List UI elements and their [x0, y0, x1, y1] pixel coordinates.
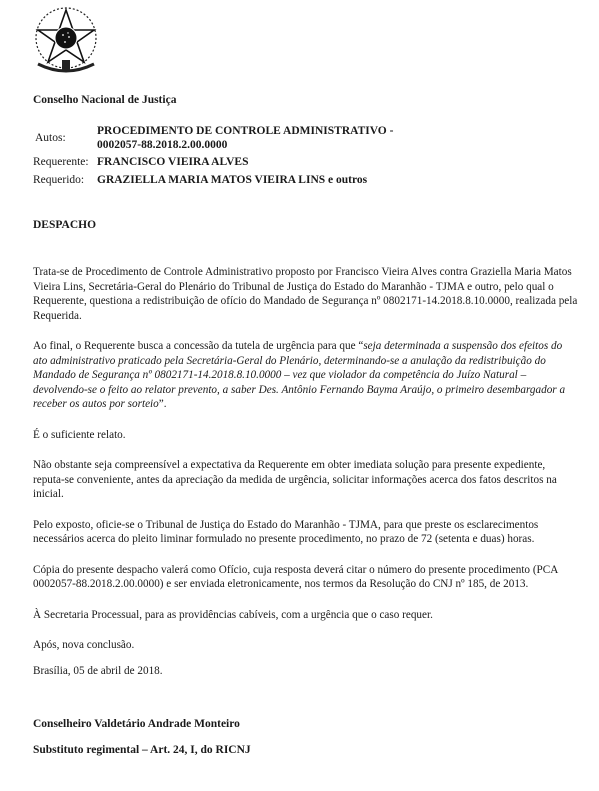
requerido-value: GRAZIELLA MARIA MATOS VIEIRA LINS e outr… [97, 173, 367, 187]
coat-of-arms-icon [30, 4, 102, 78]
case-info: Autos: PROCEDIMENTO DE CONTROLE ADMINIST… [33, 124, 393, 187]
paragraph-2-intro: Ao final, o Requerente busca a concessão… [33, 340, 363, 352]
autos-row: Autos: PROCEDIMENTO DE CONTROLE ADMINIST… [33, 124, 393, 152]
document-body: Trata-se de Procedimento de Controle Adm… [33, 265, 578, 694]
requerente-row: Requerente: FRANCISCO VIEIRA ALVES [33, 155, 393, 169]
signatory-role: Substituto regimental – Art. 24, I, do R… [33, 744, 251, 756]
requerente-label: Requerente: [33, 155, 97, 169]
paragraph-1: Trata-se de Procedimento de Controle Adm… [33, 265, 578, 323]
paragraph-2-end: ”. [159, 398, 167, 410]
date-place: Brasília, 05 de abril de 2018. [33, 664, 578, 679]
paragraph-3: É o suficiente relato. [33, 428, 578, 443]
paragraph-7: À Secretaria Processual, para as providê… [33, 608, 578, 623]
paragraph-2: Ao final, o Requerente busca a concessão… [33, 339, 578, 412]
requerente-value: FRANCISCO VIEIRA ALVES [97, 155, 248, 169]
autos-line-2: 0002057-88.2018.2.00.0000 [97, 138, 393, 152]
signatory-name: Conselheiro Valdetário Andrade Monteiro [33, 718, 240, 730]
autos-line-1: PROCEDIMENTO DE CONTROLE ADMINISTRATIVO … [97, 124, 393, 138]
paragraph-8: Após, nova conclusão. [33, 638, 578, 653]
organization-name: Conselho Nacional de Justiça [33, 94, 176, 106]
document-page: Conselho Nacional de Justiça Autos: PROC… [0, 0, 599, 791]
paragraph-6: Cópia do presente despacho valerá como O… [33, 563, 578, 592]
requerido-row: Requerido: GRAZIELLA MARIA MATOS VIEIRA … [33, 173, 393, 187]
requerido-label: Requerido: [33, 173, 97, 187]
autos-label: Autos: [33, 131, 97, 145]
paragraph-4: Não obstante seja compreensível a expect… [33, 458, 578, 502]
paragraph-5: Pelo exposto, oficie-se o Tribunal de Ju… [33, 518, 578, 547]
autos-value: PROCEDIMENTO DE CONTROLE ADMINISTRATIVO … [97, 124, 393, 152]
document-title: DESPACHO [33, 219, 96, 231]
